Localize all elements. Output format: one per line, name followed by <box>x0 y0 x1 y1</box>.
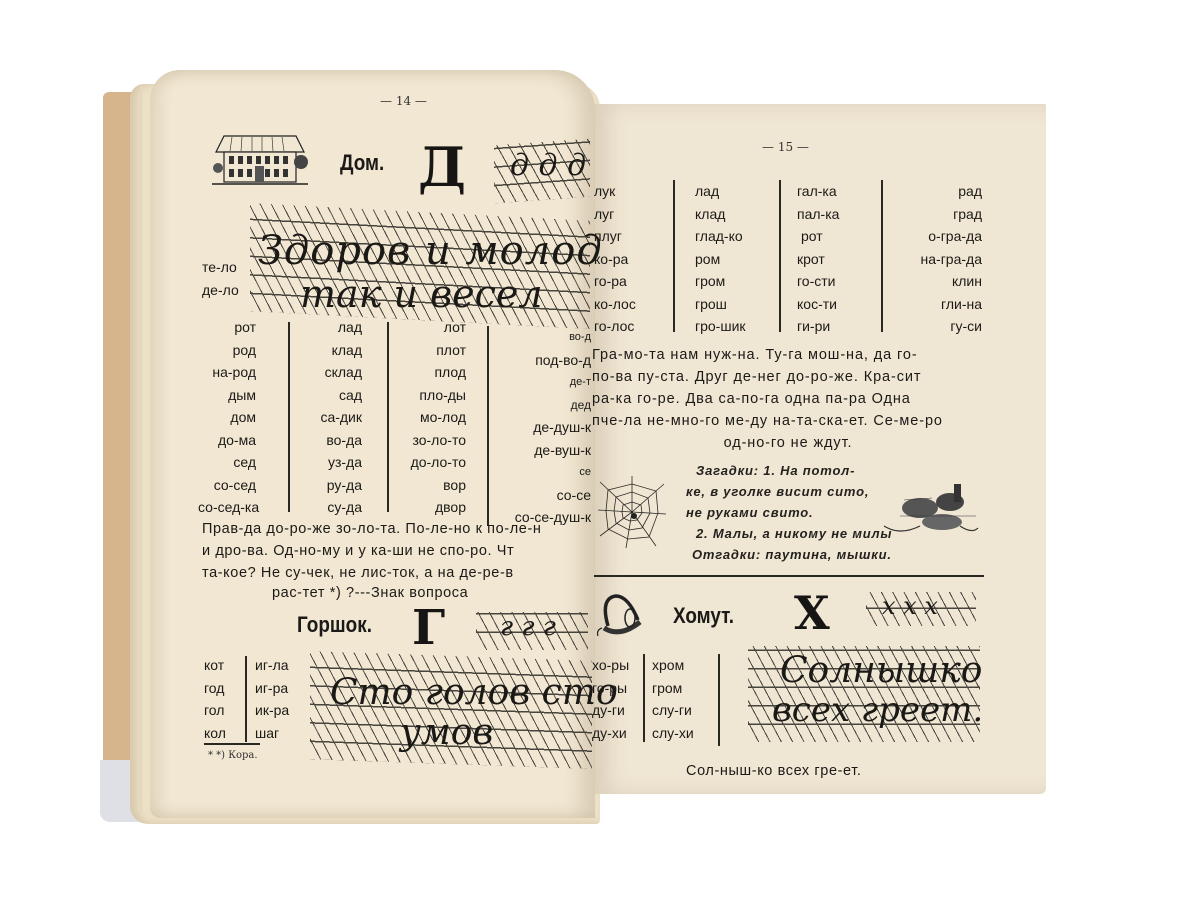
script-line-kh1: Солнышко <box>780 650 982 691</box>
word-column-r-4: рад град о-гра-да на-гра-да клин гли-на … <box>890 180 982 338</box>
word: со-сед-ка <box>198 496 256 519</box>
prose-line: и дро-ва. Од-но-му и у ка-ши не спо-ро. … <box>202 540 592 562</box>
word: де-т <box>496 371 591 394</box>
word: хо-ры <box>592 654 629 677</box>
word: иг-ла <box>255 654 289 677</box>
word: лад <box>296 316 362 339</box>
word: кот <box>204 654 226 677</box>
word: клад <box>695 203 746 226</box>
word: плот <box>396 339 466 362</box>
script-copy-letters-kh: х х х <box>882 592 938 620</box>
word: рот <box>198 316 256 339</box>
prose-right: Гра-мо-та нам нуж-на. Ту-га мош-на, да г… <box>592 344 984 454</box>
word: гол <box>204 699 226 722</box>
word: ко-ра <box>594 248 674 271</box>
word: со-се <box>496 484 591 507</box>
section-title-gorshok: Горшок. <box>297 612 372 638</box>
column-divider <box>673 180 675 332</box>
riddle-line: 2. Малы, а никому не милы <box>686 523 892 544</box>
footnote-text: * *) Кора. <box>208 750 258 761</box>
word: иг-ра <box>255 677 289 700</box>
word: град <box>890 203 982 226</box>
word: рад <box>890 180 982 203</box>
section-title-dom: Дом. <box>340 150 384 176</box>
word: ром <box>695 248 746 271</box>
prose-line: рас-тет *) ?---Знак вопроса <box>202 584 592 602</box>
word: двор <box>396 496 466 519</box>
script-line-2: так и весел <box>300 272 543 316</box>
word-column-d-2: лад клад склад сад са-дик во-да уз-да ру… <box>296 316 362 519</box>
column-divider <box>718 654 720 746</box>
word: до-ма <box>198 429 256 452</box>
script-line-kh2: всех греет. <box>772 690 983 730</box>
word: ру-да <box>296 474 362 497</box>
word: крот <box>797 248 839 271</box>
word: рот <box>797 225 839 248</box>
word: ги-ри <box>797 315 839 338</box>
word: клад <box>296 339 362 362</box>
word: ко-лос <box>594 293 674 316</box>
prose-line: пче-ла не-мно-го ме-ду на-та-ска-ет. Се-… <box>592 410 984 432</box>
word: на-гра-да <box>890 248 982 271</box>
word: го-ры <box>592 677 629 700</box>
section-title-khomut: Хомут. <box>673 603 734 629</box>
word: дед <box>496 394 591 417</box>
word: дым <box>198 384 256 407</box>
section-divider <box>594 575 984 577</box>
word: род <box>198 339 256 362</box>
prose-line: та-кое? Не су-чек, не лис-ток, а на де-р… <box>202 562 592 584</box>
word: под-во-д <box>496 349 591 372</box>
mice-icon <box>880 480 980 540</box>
word: гром <box>695 270 746 293</box>
word-column-kh-2: хром гром слу-ги слу-хи <box>652 654 694 744</box>
script-copy-letters-d: д д д <box>510 148 586 183</box>
script-line-g1: Сто голов сто <box>330 672 618 713</box>
riddles-block: Загадки: 1. На потол- ке, в уголке висит… <box>686 460 892 565</box>
word: го-сти <box>797 270 839 293</box>
word: на-род <box>198 361 256 384</box>
column-divider <box>487 326 489 526</box>
spiderweb-icon <box>596 474 668 550</box>
word-column-r-1: лук луг плуг ко-ра го-ра ко-лос го-лос <box>594 180 674 338</box>
word: ик-ра <box>255 699 289 722</box>
word: го-лос <box>594 315 674 338</box>
prose-line: по-ва пу-ста. Друг де-нег до-ро-же. Кра-… <box>592 366 984 388</box>
column-divider <box>643 654 645 742</box>
word: во-д <box>496 326 591 349</box>
word: плод <box>396 361 466 384</box>
word-column-r-2: лад клад глад-ко ром гром грош гро-шик <box>695 180 746 338</box>
word: слу-хи <box>652 722 694 745</box>
word-column-d-4: во-д под-во-д де-т дед де-душ-к де-вуш-к… <box>496 326 591 529</box>
word: со-сед <box>198 474 256 497</box>
word: во-да <box>296 429 362 452</box>
word-column-kh-1: хо-ры го-ры ду-ги ду-хи <box>592 654 629 744</box>
word: пал-ка <box>797 203 839 226</box>
word: го-ра <box>594 270 674 293</box>
riddle-line: Загадки: 1. На потол- <box>686 460 892 481</box>
word: дом <box>198 406 256 429</box>
word: мо-лод <box>396 406 466 429</box>
word: се <box>496 461 591 484</box>
word: лад <box>695 180 746 203</box>
word: грош <box>695 293 746 316</box>
word: вор <box>396 474 466 497</box>
word: лук <box>594 180 674 203</box>
word: ду-хи <box>592 722 629 745</box>
word: гал-ка <box>797 180 839 203</box>
word: год <box>204 677 226 700</box>
riddle-line: Отгадки: паутина, мышки. <box>686 544 892 565</box>
prose-left: Прав-да до-ро-же зо-ло-та. По-ле-но к по… <box>202 518 592 602</box>
caption-khomut: Сол-ныш-ко всех гре-ет. <box>686 760 862 782</box>
page-number-left: — 14 — <box>380 94 427 108</box>
word: хром <box>652 654 694 677</box>
word: плуг <box>594 225 674 248</box>
word-column-d-1: рот род на-род дым дом до-ма сед со-сед … <box>198 316 256 519</box>
word-column-r-3: гал-ка пал-ка рот крот го-сти кос-ти ги-… <box>797 180 839 338</box>
column-divider <box>387 322 389 512</box>
word: де-душ-к <box>496 416 591 439</box>
word: де-вуш-к <box>496 439 591 462</box>
footnote-rule <box>204 743 260 745</box>
word: сад <box>296 384 362 407</box>
side-word: те-ло <box>202 256 239 279</box>
house-illustration-icon <box>212 128 308 190</box>
column-divider <box>779 180 781 332</box>
word: луг <box>594 203 674 226</box>
word: су-да <box>296 496 362 519</box>
side-words: те-ло де-ло <box>202 256 239 301</box>
word: кол <box>204 722 226 745</box>
word: зо-ло-то <box>396 429 466 452</box>
big-letter-d: Д <box>418 140 466 194</box>
word: сед <box>198 451 256 474</box>
column-divider <box>288 322 290 512</box>
word: слу-ги <box>652 699 694 722</box>
word: гром <box>652 677 694 700</box>
word-column-g-1: кот год гол кол <box>204 654 226 744</box>
word: кос-ти <box>797 293 839 316</box>
word: лот <box>396 316 466 339</box>
riddle-line: ке, в уголке висит сито, <box>686 481 892 502</box>
word: о-гра-да <box>890 225 982 248</box>
word: пло-ды <box>396 384 466 407</box>
page-number-right: — 15 — <box>762 140 809 154</box>
word-column-g-2: иг-ла иг-ра ик-ра шаг <box>255 654 289 744</box>
prose-line: Гра-мо-та нам нуж-на. Ту-га мош-на, да г… <box>592 344 984 366</box>
script-line-g2: умов <box>400 712 493 753</box>
column-divider <box>881 180 883 332</box>
word: до-ло-то <box>396 451 466 474</box>
prose-line: од-но-го не ждут. <box>592 432 984 454</box>
script-line-1: Здоров и молод <box>258 228 603 274</box>
script-copy-letters-g: г г г <box>500 612 556 642</box>
word: гли-на <box>890 293 982 316</box>
word-column-d-3: лот плот плод пло-ды мо-лод зо-ло-то до-… <box>396 316 466 519</box>
word: ду-ги <box>592 699 629 722</box>
prose-line: ра-ка го-ре. Два са-по-га одна па-ра Одн… <box>592 388 984 410</box>
word: са-дик <box>296 406 362 429</box>
word: склад <box>296 361 362 384</box>
word: гро-шик <box>695 315 746 338</box>
prose-line: Прав-да до-ро-же зо-ло-та. По-ле-но к по… <box>202 518 592 540</box>
word: глад-ко <box>695 225 746 248</box>
word: шаг <box>255 722 289 745</box>
side-word: де-ло <box>202 279 239 302</box>
big-letter-kh: Х <box>794 590 830 636</box>
word: гу-си <box>890 315 982 338</box>
big-letter-g: Г <box>412 604 445 652</box>
word: уз-да <box>296 451 362 474</box>
horse-collar-icon <box>594 590 644 640</box>
riddle-line: не руками свито. <box>686 502 892 523</box>
column-divider <box>245 656 247 742</box>
word: клин <box>890 270 982 293</box>
